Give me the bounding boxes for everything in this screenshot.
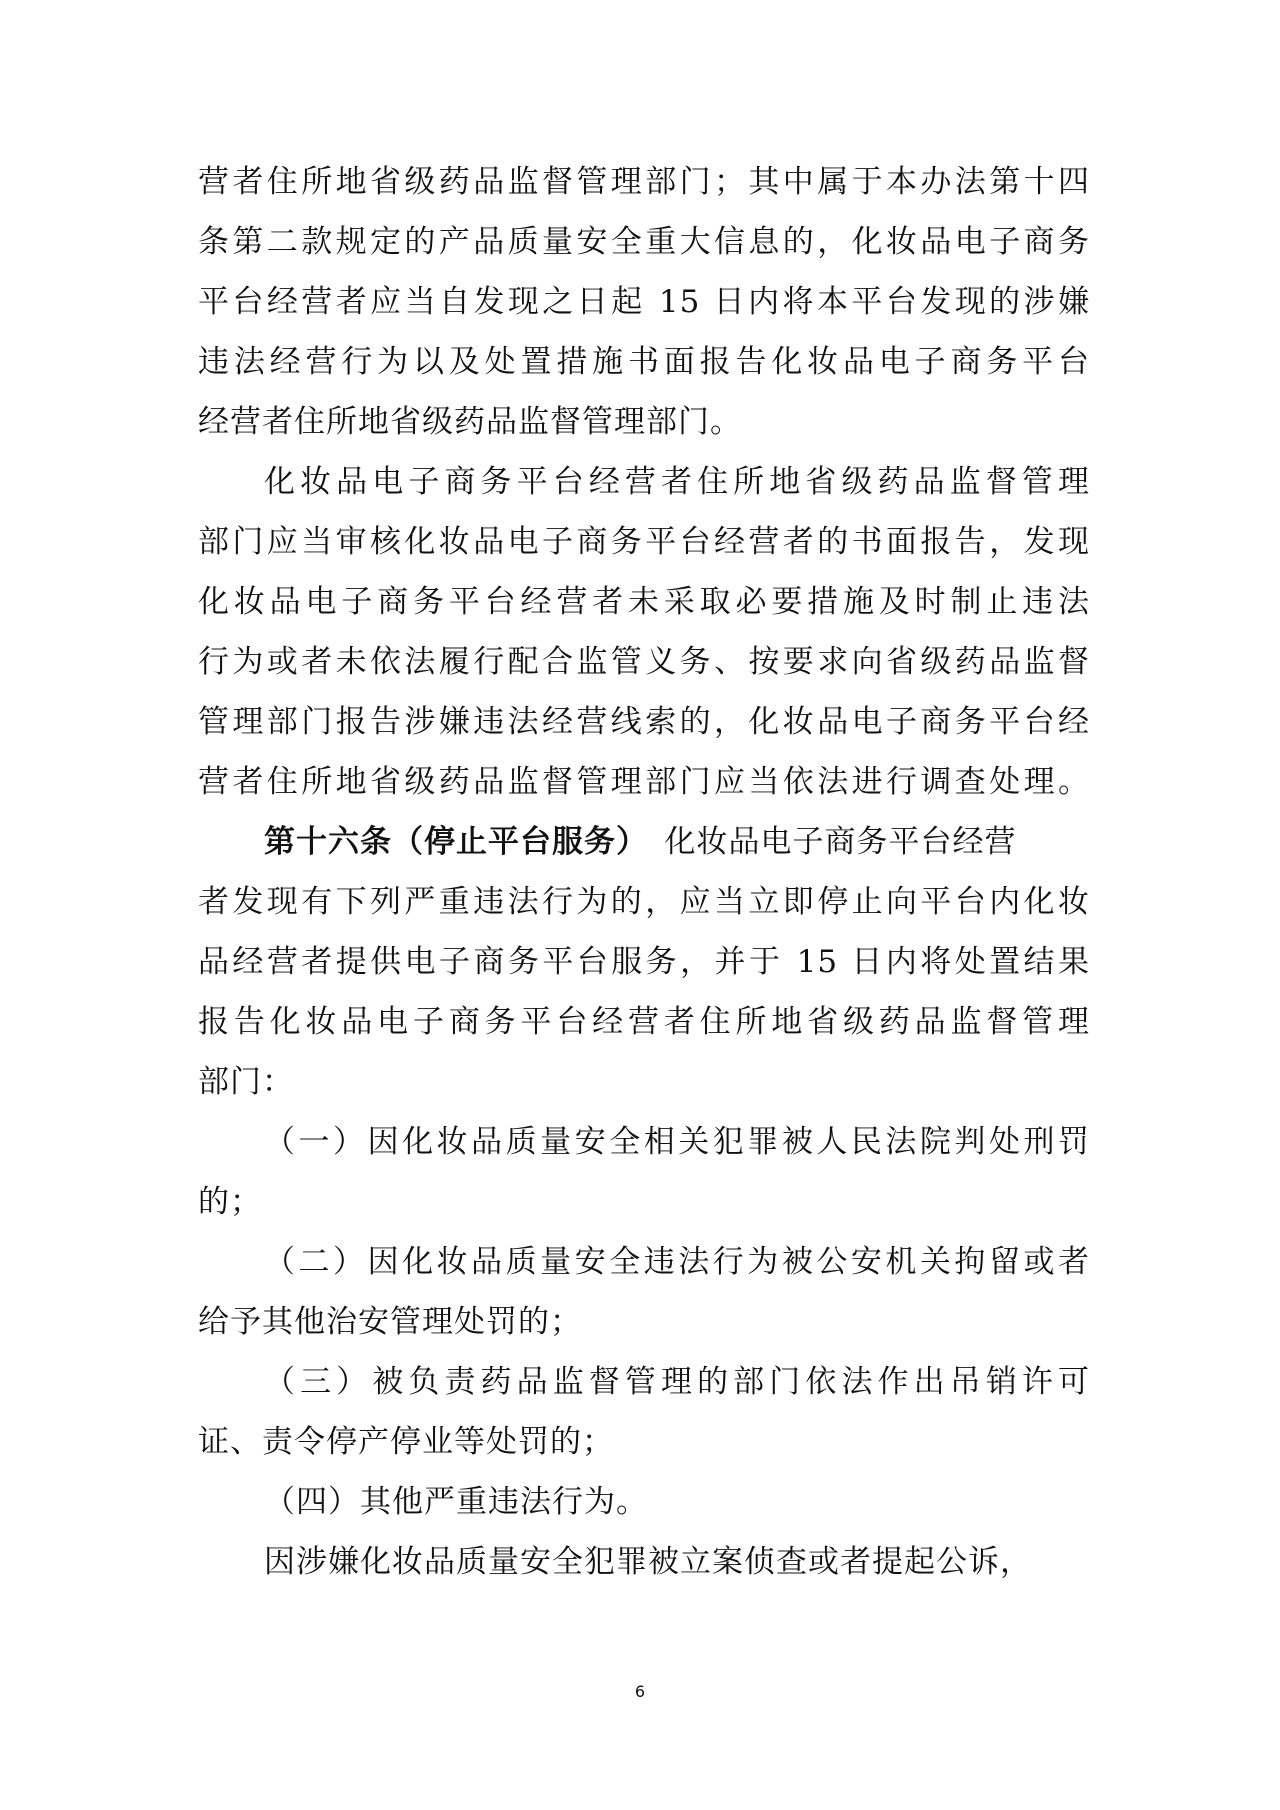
- text-line: 经营者住所地省级药品监督管理部门。: [198, 392, 1090, 452]
- text-line: 营者住所地省级药品监督管理部门应当依法进行调查处理。: [198, 752, 1090, 812]
- text-line: 违法经营行为以及处置措施书面报告化妆品电子商务平台: [198, 332, 1090, 392]
- text-line: 管理部门报告涉嫌违法经营线索的，化妆品电子商务平台经: [198, 692, 1090, 752]
- page-number: 6: [0, 1682, 1280, 1701]
- text-span: 化妆品电子商务平台经营: [633, 824, 1017, 860]
- text-line: 平台经营者应当自发现之日起 15 日内将本平台发现的涉嫌: [198, 272, 1090, 332]
- list-item-line: （四）其他严重违法行为。: [198, 1472, 1090, 1532]
- document-page: 营者住所地省级药品监督管理部门；其中属于本办法第十四 条第二款规定的产品质量安全…: [198, 152, 1090, 1592]
- text-line: 者发现有下列严重违法行为的，应当立即停止向平台内化妆: [198, 872, 1090, 932]
- list-item-line: 的；: [198, 1172, 1090, 1232]
- list-item-line: （二）因化妆品质量安全违法行为被公安机关拘留或者: [198, 1232, 1090, 1292]
- list-item-line: （一）因化妆品质量安全相关犯罪被人民法院判处刑罚: [198, 1112, 1090, 1172]
- text-line: 部门：: [198, 1052, 1090, 1112]
- text-line: 品经营者提供电子商务平台服务，并于 15 日内将处置结果: [198, 932, 1090, 992]
- article-heading-line: 第十六条（停止平台服务） 化妆品电子商务平台经营: [198, 812, 1090, 872]
- text-line: 营者住所地省级药品监督管理部门；其中属于本办法第十四: [198, 152, 1090, 212]
- text-line: 条第二款规定的产品质量安全重大信息的，化妆品电子商务: [198, 212, 1090, 272]
- text-line: 化妆品电子商务平台经营者住所地省级药品监督管理: [198, 452, 1090, 512]
- text-line: 化妆品电子商务平台经营者未采取必要措施及时制止违法: [198, 572, 1090, 632]
- list-item-line: （三）被负责药品监督管理的部门依法作出吊销许可: [198, 1352, 1090, 1412]
- list-item-line: 证、责令停产停业等处罚的；: [198, 1412, 1090, 1472]
- text-line: 行为或者未依法履行配合监管义务、按要求向省级药品监督: [198, 632, 1090, 692]
- text-line: 报告化妆品电子商务平台经营者住所地省级药品监督管理: [198, 992, 1090, 1052]
- text-line: 因涉嫌化妆品质量安全犯罪被立案侦查或者提起公诉，: [198, 1532, 1090, 1592]
- text-line: 部门应当审核化妆品电子商务平台经营者的书面报告，发现: [198, 512, 1090, 572]
- list-item-line: 给予其他治安管理处罚的；: [198, 1292, 1090, 1352]
- article-heading: 第十六条（停止平台服务）: [264, 824, 633, 860]
